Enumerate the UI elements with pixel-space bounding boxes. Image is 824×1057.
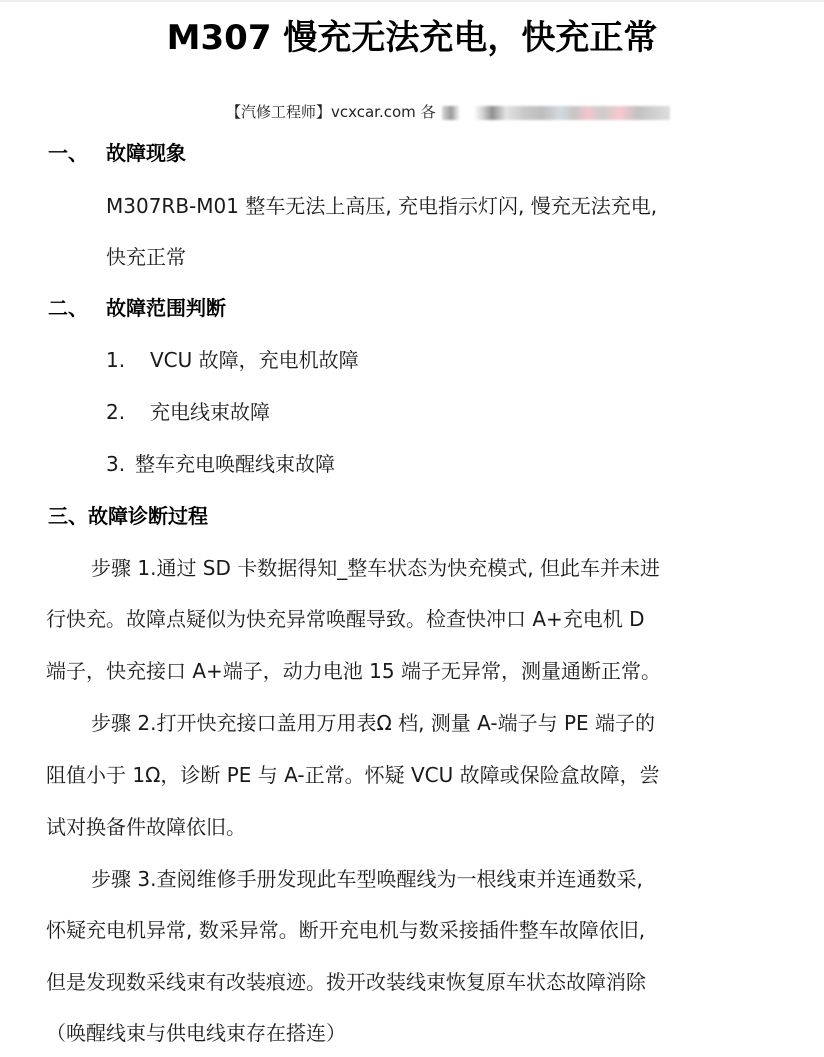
document-title: M307 慢充无法充电，快充正常 xyxy=(0,14,824,62)
section-title: 故障范围判断 xyxy=(106,296,226,320)
step-1-line: 步骤 1.通过 SD 卡数据得知_整车状态为快充模式, 但此车并未进 xyxy=(91,553,660,583)
step-2-line: 步骤 2.打开快充接口盖用万用表Ω 档, 测量 A-端子与 PE 端子的 xyxy=(91,708,655,738)
section-title: 故障现象 xyxy=(106,141,186,165)
paragraph-line: M307RB-M01 整车无法上高压, 充电指示灯闪, 慢充无法充电, xyxy=(106,191,657,221)
section-heading-3: 三、故障诊断过程 xyxy=(48,501,208,531)
section-heading-2: 二、故障范围判断 xyxy=(48,293,226,323)
section-number: 三、 xyxy=(48,504,88,528)
step-3-line: 步骤 3.查阅维修手册发现此车型唤醒线为一根线束并连通数采, xyxy=(91,864,643,894)
step-1-line: 端子，快充接口 A+端子，动力电池 15 端子无异常，测量通断正常。 xyxy=(46,656,661,686)
source-label: 【汽修工程师】vcxcar.com xyxy=(226,103,416,121)
list-text: 整车充电唤醒线束故障 xyxy=(135,452,335,476)
section-number: 一、 xyxy=(48,138,106,168)
list-marker: 2. xyxy=(106,397,150,427)
section-number: 二、 xyxy=(48,293,106,323)
step-2-line: 阻值小于 1Ω，诊断 PE 与 A-正常。怀疑 VCU 故障或保险盒故障，尝 xyxy=(46,760,660,790)
source-trailing-char: 各 xyxy=(421,103,436,121)
step-3-line: （唤醒线束与供电线束存在搭连） xyxy=(46,1018,346,1048)
paragraph-line: 快充正常 xyxy=(106,242,186,272)
source-line: 【汽修工程师】vcxcar.com 各 xyxy=(226,100,670,124)
step-2-line: 试对换备件故障依旧。 xyxy=(46,812,246,842)
list-item: 1.VCU 故障，充电机故障 xyxy=(106,345,359,375)
list-marker: 3. xyxy=(106,449,135,479)
page-top-border xyxy=(0,0,824,2)
list-marker: 1. xyxy=(106,345,150,375)
redacted-watermark xyxy=(442,106,670,120)
list-text: 充电线束故障 xyxy=(150,400,270,424)
step-3-line: 怀疑充电机异常, 数采异常。断开充电机与数采接插件整车故障依旧, xyxy=(46,915,645,945)
step-3-line: 但是发现数采线束有改装痕迹。拨开改装线束恢复原车状态故障消除 xyxy=(46,967,646,997)
section-title: 故障诊断过程 xyxy=(88,504,208,528)
section-heading-1: 一、故障现象 xyxy=(48,138,186,168)
step-1-line: 行快充。故障点疑似为快充异常唤醒导致。检查快冲口 A+充电机 D xyxy=(46,604,645,634)
list-item: 2.充电线束故障 xyxy=(106,397,270,427)
list-item: 3.整车充电唤醒线束故障 xyxy=(106,449,335,479)
list-text: VCU 故障，充电机故障 xyxy=(150,348,359,372)
